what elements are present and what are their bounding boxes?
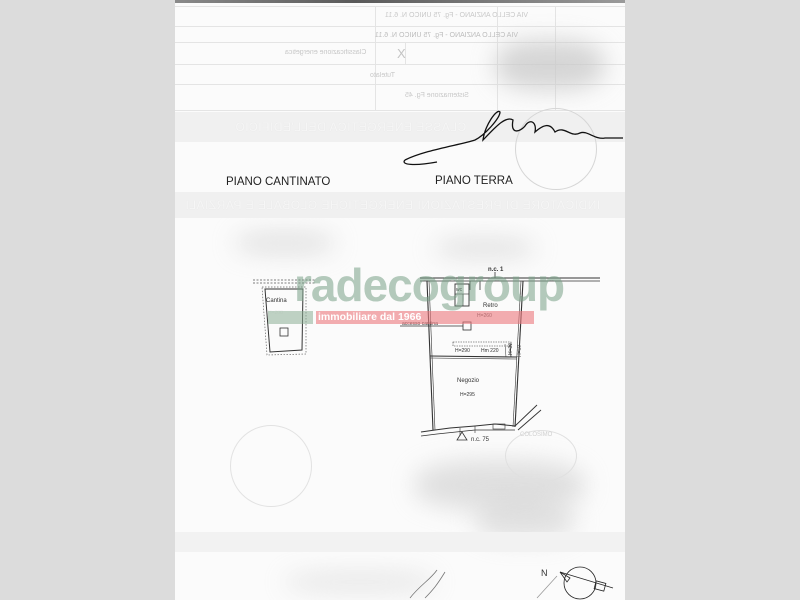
watermark-brand: radecogroup	[294, 262, 564, 308]
annotation-height-30: H=30	[508, 343, 514, 355]
signature	[404, 111, 623, 164]
street-number-bottom: n.c. 75	[471, 437, 489, 443]
watermark-tagline: immobiliare dal 1966	[318, 311, 421, 324]
room-label-cantina: Cantina	[266, 298, 287, 304]
annotation-height-290: H=290	[455, 348, 470, 354]
watermark-green-bar	[268, 311, 313, 324]
room-label-negozio: Negozio	[457, 378, 479, 384]
compass-icon	[410, 567, 613, 599]
annotation-height-50: H=50	[517, 345, 523, 357]
compass-north-label: N	[541, 568, 548, 578]
room-height-negozio: H=295	[460, 392, 475, 398]
floor-plan-document: VIA CELLO ANZIANO - Fg. 75 UNICO N. 6.11…	[175, 0, 625, 600]
annotation-hm-220: Hm 220	[481, 348, 499, 354]
